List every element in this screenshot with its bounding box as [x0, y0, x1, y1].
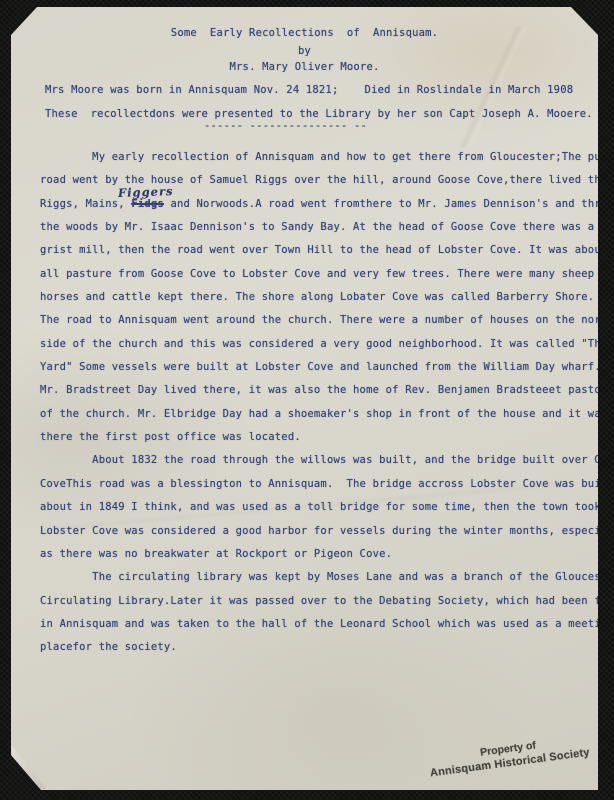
text-line: Circulating Library.Later it was passed …	[40, 594, 596, 617]
text-line: My early recollection of Annisquam and h…	[40, 150, 596, 173]
document-title: Some Early Recollections of Annisquam.	[11, 26, 598, 41]
text-line: The circulating library was kept by Mose…	[40, 570, 596, 593]
text-line: all pasture from Goose Cove to Lobster C…	[40, 267, 596, 290]
photo-background: Some Early Recollections of Annisquam. b…	[0, 0, 614, 800]
text-line: horses and cattle kept there. The shore …	[40, 290, 596, 313]
document-page: Some Early Recollections of Annisquam. b…	[11, 7, 598, 790]
text-line: Lobster Cove was considered a good harbo…	[40, 524, 596, 547]
author-name: Mrs. Mary Oliver Moore.	[11, 60, 598, 75]
handwritten-correction: Figgers	[118, 184, 174, 200]
typed-divider: ------ --------------- --	[204, 119, 367, 134]
text-line: Mr. Bradstreet Day lived there, it was a…	[40, 383, 596, 406]
text-line-with-correction: Riggs, Mains, Fidgs and Norwoods.A road …	[40, 197, 596, 220]
byline: by	[11, 44, 598, 59]
text-line: of the church. Mr. Elbridge Day had a sh…	[40, 407, 596, 430]
text-line: side of the church and this was consider…	[40, 337, 596, 360]
body-text: My early recollection of Annisquam and h…	[40, 150, 596, 664]
text-line: About 1832 the road through the willows …	[40, 453, 596, 476]
text-line: about in 1849 I think, and was used as a…	[40, 500, 596, 523]
text-line: in Annisquam and was taken to the hall o…	[40, 617, 596, 640]
text-line: The road to Annisquam went around the ch…	[40, 313, 596, 336]
vital-dates-line: Mrs Moore was born in Annisquam Nov. 24 …	[45, 83, 573, 98]
ownership-stamp: Property of Annisquam Historical Society	[408, 730, 610, 783]
text-line: as there was no breakwater at Rockport o…	[40, 547, 596, 570]
text-line: placefor the society.	[40, 640, 596, 663]
text-line: there the first post office was located.	[40, 430, 596, 453]
text-line: Yard" Some vessels were built at Lobster…	[40, 360, 596, 383]
text-line: grist mill, then the road went over Town…	[40, 243, 596, 266]
text-line: the woods by Mr. Isaac Dennison's to San…	[40, 220, 596, 243]
text-line: CoveThis road was a blessington to Annis…	[40, 477, 596, 500]
text-segment: and Norwoods.A road went fromthere to Mr…	[164, 198, 614, 210]
struck-word: Fidgs	[131, 198, 164, 210]
folded-corner	[12, 741, 48, 789]
